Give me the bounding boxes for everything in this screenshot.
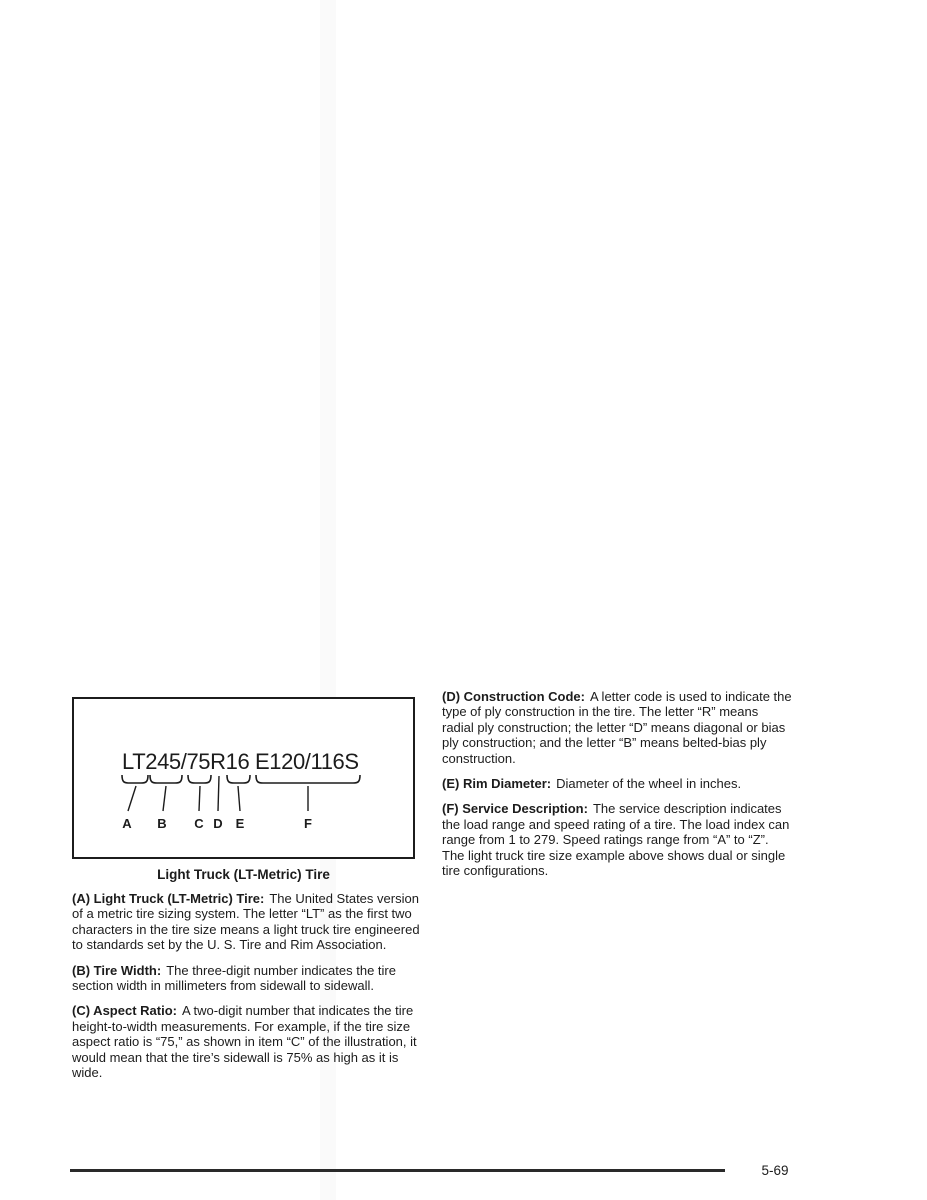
connector-d: [218, 776, 219, 811]
paragraph-b-label: (B) Tire Width:: [72, 963, 161, 978]
figure-caption: Light Truck (LT-Metric) Tire: [72, 867, 415, 883]
paragraph-c-label: (C) Aspect Ratio:: [72, 1003, 177, 1018]
underbracket-service: [256, 775, 360, 783]
tire-size-figure: LT245/75R16 E120/116S A B: [72, 697, 415, 859]
connector-c: [199, 786, 200, 811]
callout-letter-b: B: [157, 816, 166, 831]
underbracket-245: [150, 775, 182, 783]
callout-letter-c: C: [194, 816, 204, 831]
callout-letter-group: A B C D E F: [122, 816, 312, 831]
paragraph-f-label: (F) Service Description:: [442, 801, 588, 816]
tire-size-diagram: LT245/75R16 E120/116S A B: [74, 699, 413, 857]
left-column: (A) Light Truck (LT-Metric) Tire:The Uni…: [72, 891, 420, 1090]
paragraph-c: (C) Aspect Ratio:A two-digit number that…: [72, 1003, 420, 1080]
page-number: 5-69: [745, 1163, 805, 1178]
paragraph-e-label: (E) Rim Diameter:: [442, 776, 551, 791]
connector-b: [163, 786, 166, 811]
paragraph-d-label: (D) Construction Code:: [442, 689, 585, 704]
paragraph-d: (D) Construction Code:A letter code is u…: [442, 689, 792, 766]
paragraph-e-text: Diameter of the wheel in inches.: [556, 776, 741, 791]
callout-letter-a: A: [122, 816, 132, 831]
tire-size-text: LT245/75R16 E120/116S: [122, 749, 359, 774]
underbracket-group: [122, 775, 360, 783]
underbracket-lt: [122, 775, 148, 783]
paragraph-b: (B) Tire Width:The three-digit number in…: [72, 963, 420, 994]
connector-line-group: [128, 776, 308, 811]
connector-a: [128, 786, 136, 811]
paragraph-a: (A) Light Truck (LT-Metric) Tire:The Uni…: [72, 891, 420, 953]
paragraph-e: (E) Rim Diameter:Diameter of the wheel i…: [442, 776, 792, 791]
paragraph-a-label: (A) Light Truck (LT-Metric) Tire:: [72, 891, 264, 906]
underbracket-75: [188, 775, 211, 783]
callout-letter-f: F: [304, 816, 312, 831]
manual-page: LT245/75R16 E120/116S A B: [0, 0, 927, 1200]
callout-letter-e: E: [236, 816, 245, 831]
right-column: (D) Construction Code:A letter code is u…: [442, 689, 792, 888]
underbracket-16: [227, 775, 250, 783]
callout-letter-d: D: [213, 816, 222, 831]
footer-rule: [70, 1169, 725, 1172]
paragraph-f: (F) Service Description:The service desc…: [442, 801, 792, 878]
connector-e: [238, 786, 240, 811]
